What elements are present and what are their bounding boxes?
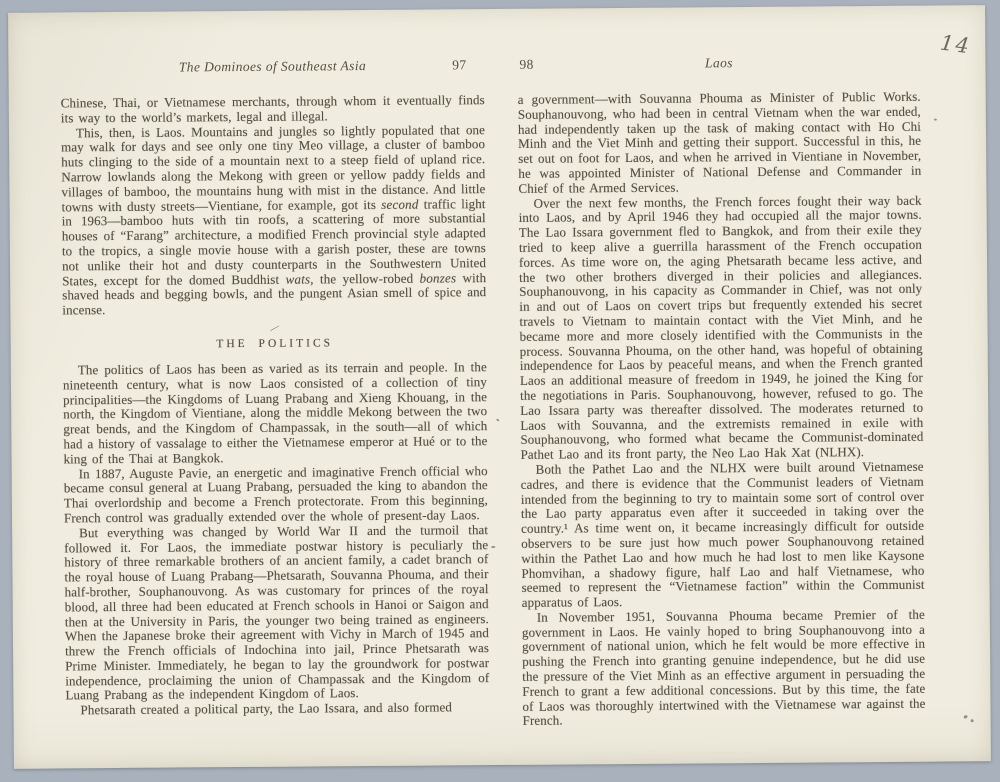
page-97: The Dominoes of Southeast Asia 97 Chines… [60,57,489,718]
book-page-spread: The Dominoes of Southeast Asia 97 Chines… [8,5,991,769]
paragraph: This, then, is Laos. Mountains and jungl… [61,123,486,319]
running-header-title: The Dominoes of Southeast Asia [60,57,484,76]
stray-pen-mark: ⁄ [62,321,486,336]
left-body-top: Chinese, Thai, or Vietnamese merchants, … [61,93,487,318]
paragraph: In November 1951, Souvanna Phouma became… [522,608,926,730]
left-body-bottom: The politics of Laos has been as varied … [63,360,490,718]
ink-speck [934,119,937,121]
stray-pen-mark-glyph: ⁄ [271,323,279,334]
left-page-header: The Dominoes of Southeast Asia 97 [60,57,484,80]
scan-background: The Dominoes of Southeast Asia 97 Chines… [0,0,1000,782]
page-number-left: 97 [452,57,466,73]
page-98: 98 Laos a government—with Souvanna Phoum… [517,54,925,729]
paragraph: In 1887, Auguste Pavie, an energetic and… [64,464,488,527]
paragraph: Both the Pathet Lao and the NLHX were bu… [521,460,925,611]
ink-speck [971,719,974,722]
right-page-header: 98 Laos [517,54,920,77]
handwritten-page-note: 14 [939,30,973,58]
paragraph: Over the next few months, the French for… [519,193,924,463]
running-header-title-right: Laos [517,54,920,73]
paragraph: The politics of Laos has been as varied … [63,360,488,467]
paragraph: But everything was changed by World War … [64,523,489,704]
section-heading: THE POLITICS [63,336,487,351]
ink-speck [491,546,495,548]
ink-speck [963,715,968,720]
ink-speck [496,418,500,421]
paragraph: Chinese, Thai, or Vietnamese merchants, … [61,93,485,126]
paragraph: a government—with Souvanna Phouma as Min… [518,90,922,197]
right-body: a government—with Souvanna Phouma as Min… [518,90,926,729]
paragraph: Phetsarath created a political party, th… [65,700,489,718]
